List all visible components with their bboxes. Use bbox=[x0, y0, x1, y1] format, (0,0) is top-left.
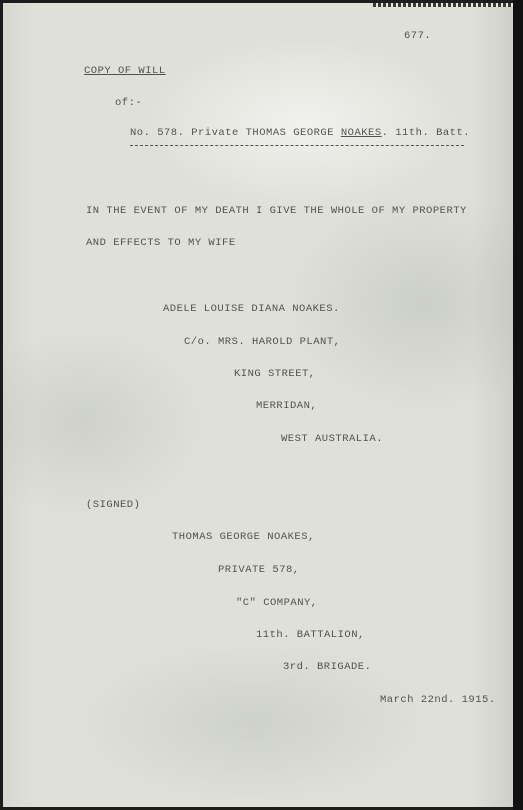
signed-label: (SIGNED) bbox=[86, 499, 140, 511]
body-line: IN THE EVENT OF MY DEATH I GIVE THE WHOL… bbox=[86, 205, 467, 217]
address-line: MERRIDAN, bbox=[256, 400, 317, 412]
subject-surname: NOAKES bbox=[341, 127, 382, 139]
signature-line: 3rd. BRIGADE. bbox=[283, 661, 371, 673]
body-line: AND EFFECTS TO MY WIFE bbox=[86, 237, 236, 249]
signature-line: PRIVATE 578, bbox=[218, 564, 300, 576]
signature-line: 11th. BATTALION, bbox=[256, 629, 365, 641]
scan-border bbox=[513, 0, 523, 810]
perforated-edge bbox=[373, 3, 513, 7]
document-date: March 22nd. 1915. bbox=[380, 694, 496, 706]
signature-line: THOMAS GEORGE NOAKES, bbox=[172, 531, 315, 543]
subject-suffix: . 11th. Batt. bbox=[382, 127, 470, 139]
address-line: ADELE LOUISE DIANA NOAKES. bbox=[163, 303, 340, 315]
address-line: WEST AUSTRALIA. bbox=[281, 433, 383, 445]
subject-line: No. 578. Private THOMAS GEORGE NOAKES. 1… bbox=[130, 127, 470, 139]
page-number: 677. bbox=[404, 30, 431, 42]
subject-prefix: No. 578. Private THOMAS GEORGE bbox=[130, 127, 341, 139]
document-title: COPY OF WILL bbox=[84, 65, 166, 77]
signature-line: "C" COMPANY, bbox=[236, 597, 318, 609]
address-line: KING STREET, bbox=[234, 368, 316, 380]
of-label: of:- bbox=[115, 97, 142, 109]
dashed-rule bbox=[130, 145, 464, 147]
address-line: C/o. MRS. HAROLD PLANT, bbox=[184, 336, 340, 348]
